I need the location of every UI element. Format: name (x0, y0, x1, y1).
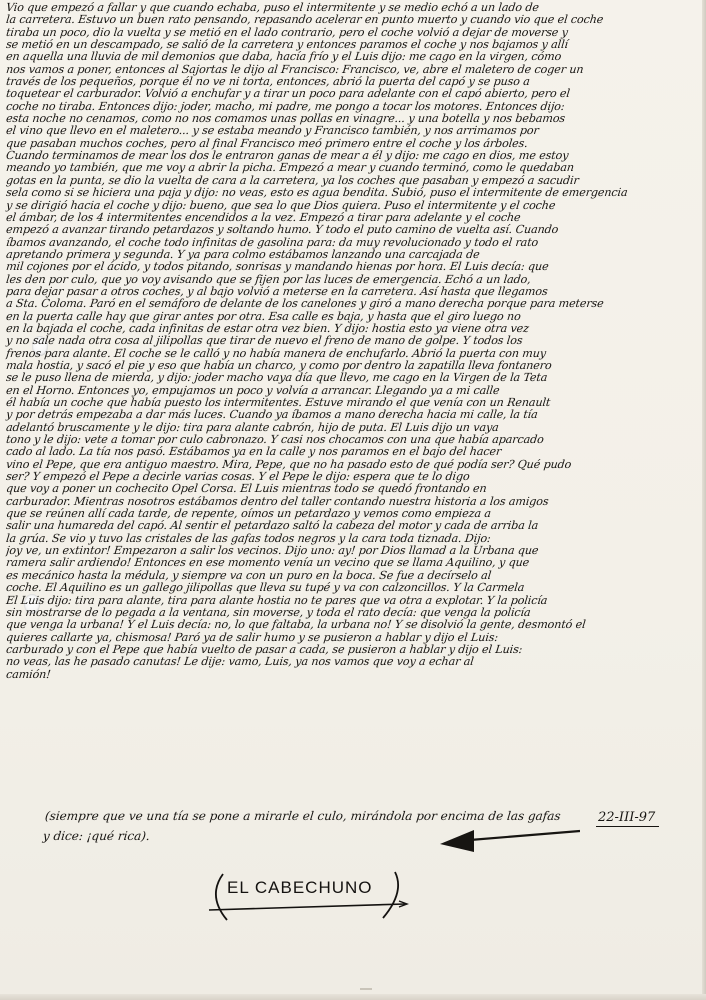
manuscript-line: sela como si se hiciera una paja y dijo:… (5, 187, 700, 199)
manuscript-line: mala hostia, y sacó el pie y eso que hab… (5, 360, 700, 372)
manuscript-line: esta noche no cenamos, como no nos comam… (5, 113, 700, 125)
manuscript-line: ser? Y empezó el Pepe a decirle varias c… (5, 471, 700, 483)
manuscript-line: en el Horno. Entonces yo, empujamos un p… (5, 385, 700, 397)
manuscript-line: no veas, las he pasado canutas! Le dije:… (5, 656, 700, 668)
manuscript-line: en la bajada el coche, cada infinitas de… (5, 323, 700, 335)
manuscript-line: Cuando terminamos de mear los dos le ent… (5, 150, 700, 162)
manuscript-line: en aquella una lluvia de mil demonios qu… (5, 51, 700, 63)
manuscript-line: camión! (5, 669, 700, 681)
manuscript-line: coche no tiraba. Entonces dijo: joder, m… (5, 101, 700, 113)
manuscript-line: mil cojones por el ácido, y todos pitand… (5, 261, 700, 273)
manuscript-line: es mecánico hasta la médula, y siempre v… (5, 570, 700, 582)
manuscript-line: carburador. Mientras nosotros estábamos … (5, 496, 700, 508)
manuscript-line: el ámbar, de los 4 intermitentes encendi… (5, 212, 700, 224)
manuscript-line: que voy a poner un cochecito Opel Corsa.… (5, 483, 700, 495)
manuscript-line: cado al lado. La tía nos pasó. Estábamos… (5, 446, 700, 458)
manuscript-line: coche. El Aquilino es un gallego jilipol… (5, 582, 700, 594)
manuscript-line: El Luis dijo: tira para alante, tira par… (5, 595, 700, 607)
manuscript-line: tono y le dijo: vete a tomar por culo ca… (5, 434, 700, 446)
left-pointing-arrow-icon (440, 822, 580, 852)
manuscript-line: que pasaban muchos coches, pero al final… (5, 138, 700, 150)
manuscript-line: él había un coche que había puesto los i… (5, 397, 700, 409)
manuscript-line: meando yo también, que me voy a abrir la… (5, 162, 700, 174)
manuscript-line: se le puso llena de mierda, y dijo: jode… (5, 372, 700, 384)
manuscript-line: nos vamos a poner, entonces al Sajortas … (5, 64, 700, 76)
paper-edge-right (702, 0, 706, 1000)
manuscript-line: y no sale nada otra cosa al jilipollas q… (5, 335, 700, 347)
manuscript-line: frenos para alante. El coche se le calló… (5, 348, 700, 360)
date-stamp: 22-III-97 (596, 810, 659, 827)
manuscript-title: EL CABECHUNO (205, 868, 425, 928)
paper-mark (360, 988, 372, 990)
manuscript-line: salir una humareda del capó. Al sentir e… (5, 520, 700, 532)
manuscript-line: que se reúnen allí cada tarde, de repent… (5, 508, 700, 520)
manuscript-line: adelantó bruscamente y le dijo: tira par… (5, 422, 700, 434)
manuscript-line: la grúa. Se vio y tuvo las cristales de … (5, 533, 700, 545)
manuscript-line: apretando primera y segunda. Y ya para c… (5, 249, 700, 261)
manuscript-line: toquetear el carburador. Volvió a enchuf… (5, 88, 700, 100)
manuscript-line: carburado y con el Pepe que había vuelto… (5, 644, 700, 656)
manuscript-body: Vio que empezó a fallar y que cuando ech… (6, 2, 700, 681)
manuscript-line: empezó a avanzar tirando petardazos y so… (5, 224, 700, 236)
title-text: EL CABECHUNO (227, 878, 373, 898)
manuscript-line: les den por culo, que yo voy avisando qu… (5, 274, 700, 286)
manuscript-line: y por detrás empezaba a dar más luces. C… (5, 409, 700, 421)
manuscript-line: sin mostrarse de lo pegada a la ventana,… (5, 607, 700, 619)
manuscript-line: para dejar pasar a otros coches, y al ba… (5, 286, 700, 298)
manuscript-line: joy ve, un extintor! Empezaron a salir l… (5, 545, 700, 557)
manuscript-line: quieres callarte ya, chismosa! Paró ya d… (5, 632, 700, 644)
title-brackets-icon (205, 868, 425, 928)
manuscript-line: través de los pequeños, porque él no ve … (5, 76, 700, 88)
manuscript-line: a Sta. Coloma. Paró en el semáforo de de… (5, 298, 700, 310)
manuscript-line: Vio que empezó a fallar y que cuando ech… (5, 2, 700, 14)
manuscript-line: gotas en la punta, se dio la vuelta de c… (5, 175, 700, 187)
manuscript-line: se metió en un descampado, se salió de l… (5, 39, 700, 51)
manuscript-line: tiraba un poco, dio la vuelta y se metió… (5, 27, 700, 39)
manuscript-line: en la puerta calle hay que girar antes p… (5, 311, 700, 323)
manuscript-line: íbamos avanzando, el coche todo infinita… (5, 237, 700, 249)
manuscript-line: que venga la urbana! Y el Luis decía: no… (5, 619, 700, 631)
manuscript-line: vino el Pepe, que era antiguo maestro. M… (5, 459, 700, 471)
paper-edge-bottom (0, 994, 706, 1000)
manuscript-line: y se dirigió hacia el coche y dijo: buen… (5, 200, 700, 212)
manuscript-line: el vino que llevo en el maletero... y se… (5, 125, 700, 137)
manuscript-line: la carretera. Estuvo un buen rato pensan… (5, 14, 700, 26)
manuscript-line: ramera salir ardiendo! Entonces en ese m… (5, 557, 700, 569)
